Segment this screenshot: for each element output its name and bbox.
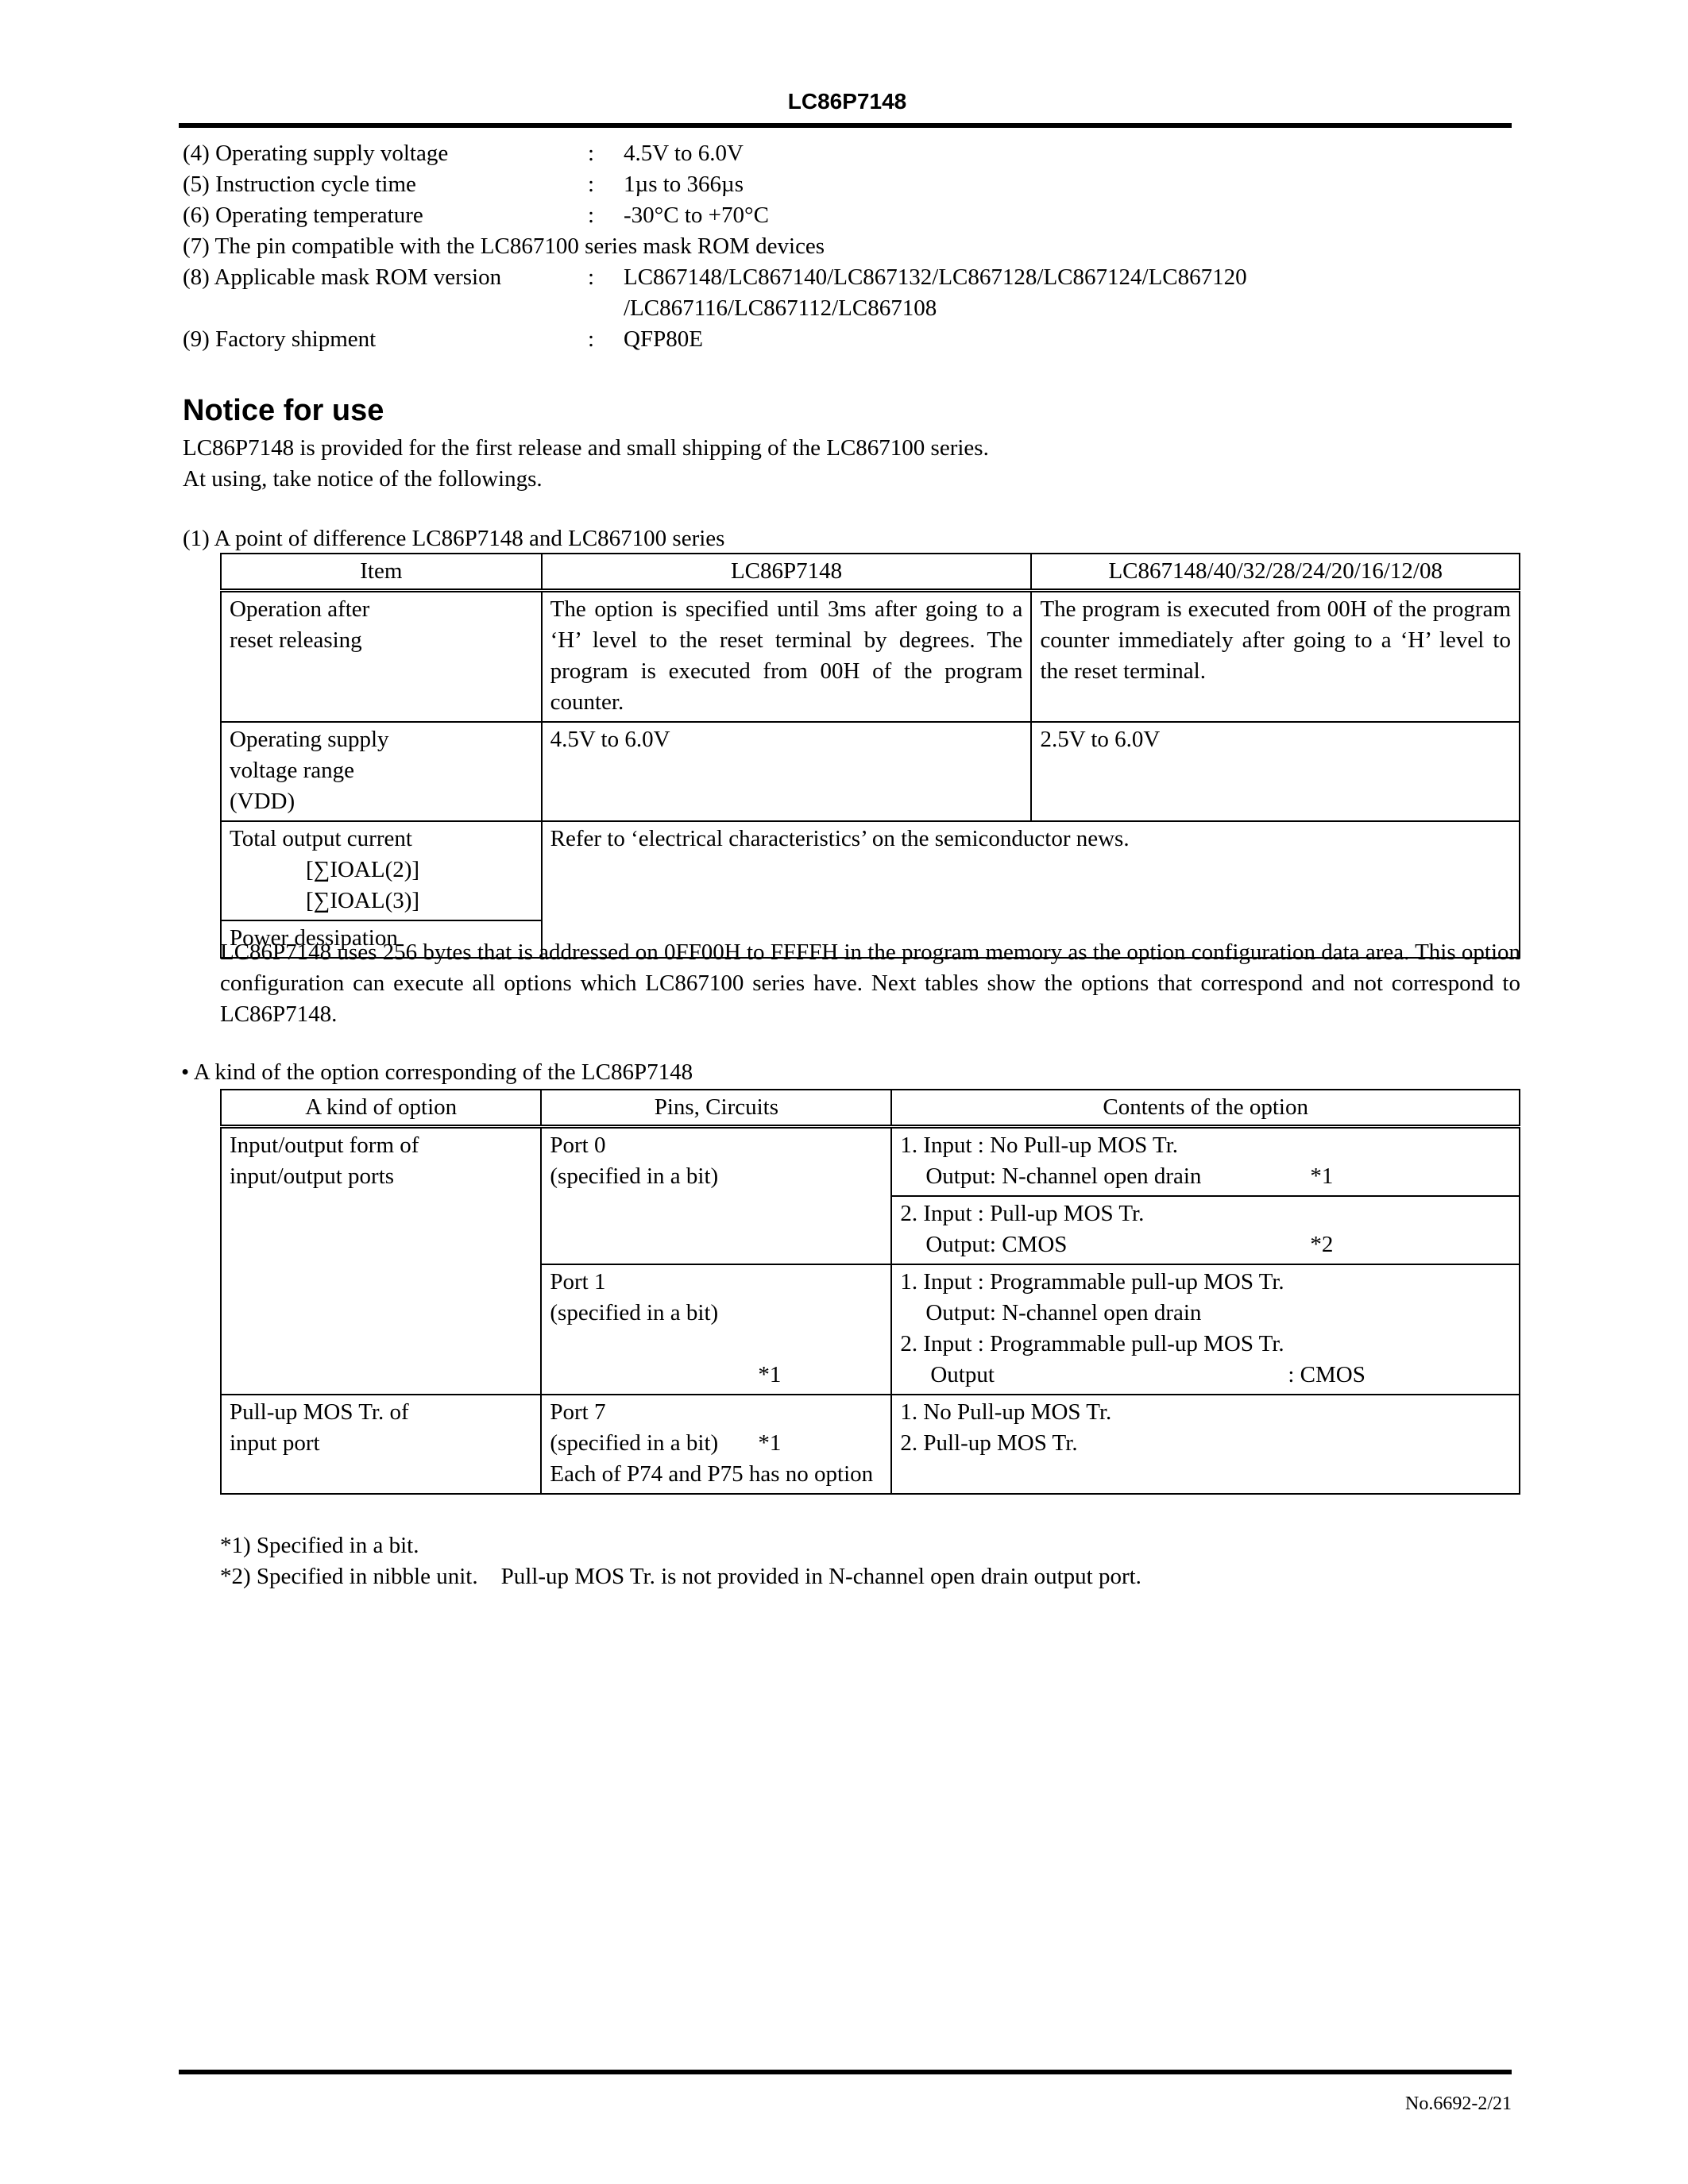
option-line: 1. No Pull-up MOS Tr. [900, 1397, 1511, 1428]
cell-kind: Pull-up MOS Tr. of input port [221, 1395, 541, 1494]
column-header: Contents of the option [891, 1090, 1520, 1127]
option-line: 1. Input : Programmable pull-up MOS Tr. [900, 1267, 1511, 1298]
footnote-mark: *1 [1310, 1163, 1333, 1189]
pin-note: (specified in a bit) [550, 1161, 883, 1192]
option-line: Output: N-channel open drain*1 [900, 1161, 1511, 1192]
table-row: Operation after reset releasing The opti… [221, 591, 1520, 723]
cell-pin: Port 7 (specified in a bit)*1 Each of P7… [541, 1395, 891, 1494]
spec-colon: : [588, 138, 594, 169]
cell-kind: Input/output form of input/output ports [221, 1127, 541, 1395]
cell-series: 2.5V to 6.0V [1031, 722, 1520, 821]
footer-rule [179, 2070, 1512, 2074]
spec-label: (4) Operating supply voltage [183, 138, 448, 169]
item-subtext: [∑IOAL(2)] [230, 855, 533, 886]
spec-label: (5) Instruction cycle time [183, 169, 416, 200]
spec-label: (9) Factory shipment [183, 324, 376, 355]
pin-name: Port 7 [550, 1397, 883, 1428]
table-header-row: A kind of option Pins, Circuits Contents… [221, 1090, 1520, 1127]
page-number: No.6692-2/21 [1405, 2093, 1512, 2115]
spec-colon: : [588, 200, 594, 231]
option-line: 2. Input : Programmable pull-up MOS Tr. [900, 1329, 1511, 1360]
spec-value-continued: /LC867116/LC867112/LC867108 [624, 293, 937, 324]
footnote-mark: *2 [1310, 1232, 1333, 1257]
kind-text: Input/output form of input/output ports [230, 1130, 444, 1192]
option-line: 1. Input : No Pull-up MOS Tr. [900, 1130, 1511, 1161]
table-header-row: Item LC86P7148 LC867148/40/32/28/24/20/1… [221, 554, 1520, 591]
kind-text: Pull-up MOS Tr. of input port [230, 1397, 436, 1459]
footnote-mark: *1 [550, 1360, 883, 1391]
footnote-mark: *1 [758, 1430, 781, 1456]
cell-option: 1. Input : No Pull-up MOS Tr. Output: N-… [891, 1127, 1520, 1197]
cell-item: Operation after reset releasing [221, 591, 542, 723]
table-caption: • A kind of the option corresponding of … [181, 1057, 693, 1088]
spec-value: 4.5V to 6.0V [624, 138, 744, 169]
option-line: Output: CMOS [900, 1360, 1511, 1391]
table-row: Input/output form of input/output ports … [221, 1127, 1520, 1197]
notice-text: LC86P7148 is provided for the first rele… [183, 433, 989, 464]
spec-colon: : [588, 169, 594, 200]
item-text: Operating supply voltage range (VDD) [230, 724, 420, 817]
cell-item: Operating supply voltage range (VDD) [221, 722, 542, 821]
pin-note: (specified in a bit) [550, 1298, 883, 1329]
column-header: LC86P7148 [542, 554, 1032, 591]
cell-option: 1. No Pull-up MOS Tr. 2. Pull-up MOS Tr. [891, 1395, 1520, 1494]
spec-value: QFP80E [624, 324, 703, 355]
spec-label: (8) Applicable mask ROM version [183, 262, 501, 293]
options-table: A kind of option Pins, Circuits Contents… [220, 1089, 1520, 1495]
difference-table: Item LC86P7148 LC867148/40/32/28/24/20/1… [220, 553, 1520, 959]
cell-option: 1. Input : Programmable pull-up MOS Tr. … [891, 1264, 1520, 1395]
spec-value: 1µs to 366µs [624, 169, 744, 200]
notice-text: At using, take notice of the followings. [183, 464, 543, 495]
table-caption: (1) A point of difference LC86P7148 and … [183, 523, 724, 554]
cell-item: Total output current [∑IOAL(2)] [∑IOAL(3… [221, 821, 542, 920]
pin-extra: Each of P74 and P75 has no option [550, 1459, 875, 1490]
footnote: *1) Specified in a bit. [220, 1530, 419, 1561]
option-text: Output: CMOS [925, 1229, 1310, 1260]
option-line: 2. Pull-up MOS Tr. [900, 1428, 1511, 1459]
section-heading: Notice for use [183, 392, 384, 429]
spec-colon: : [588, 262, 594, 293]
option-text: Output: N-channel open drain [925, 1161, 1310, 1192]
pin-name: Port 1 [550, 1267, 883, 1298]
cell-p7148: 4.5V to 6.0V [542, 722, 1032, 821]
cell-pin: Port 0 (specified in a bit) [541, 1127, 891, 1265]
table-row: Operating supply voltage range (VDD) 4.5… [221, 722, 1520, 821]
spacer [550, 1329, 883, 1360]
pin-name: Port 0 [550, 1130, 883, 1161]
footnote: *2) Specified in nibble unit. Pull-up MO… [220, 1561, 1141, 1592]
page-title: LC86P7148 [0, 89, 1688, 114]
cell-option: 2. Input : Pull-up MOS Tr. Output: CMOS*… [891, 1196, 1520, 1264]
item-text: Total output current [230, 824, 533, 855]
option-paragraph: LC86P7148 uses 256 bytes that is address… [220, 937, 1520, 1030]
column-header: A kind of option [221, 1090, 541, 1127]
header-rule [179, 123, 1512, 128]
item-subtext: [∑IOAL(3)] [230, 886, 533, 916]
table-row: Total output current [∑IOAL(2)] [∑IOAL(3… [221, 821, 1520, 920]
table-row: Pull-up MOS Tr. of input port Port 7 (sp… [221, 1395, 1520, 1494]
column-header: LC867148/40/32/28/24/20/16/12/08 [1031, 554, 1520, 591]
option-line: Output: CMOS*2 [900, 1229, 1511, 1260]
column-header: Pins, Circuits [541, 1090, 891, 1127]
spec-label: (7) The pin compatible with the LC867100… [183, 231, 825, 262]
doc-part-number: LC86P7148 [788, 89, 906, 114]
item-text: Operation after reset releasing [230, 594, 404, 656]
spec-label: (6) Operating temperature [183, 200, 423, 231]
pin-note: (specified in a bit) [550, 1428, 758, 1459]
spec-value: LC867148/LC867140/LC867132/LC867128/LC86… [624, 262, 1247, 293]
spec-value: -30°C to +70°C [624, 200, 769, 231]
spec-colon: : [588, 324, 594, 355]
cell-pin: Port 1 (specified in a bit) *1 [541, 1264, 891, 1395]
cell-series: The program is executed from 00H of the … [1031, 591, 1520, 723]
option-line: Output: N-channel open drain [900, 1298, 1511, 1329]
option-line: 2. Input : Pull-up MOS Tr. [900, 1198, 1511, 1229]
pin-note-line: (specified in a bit)*1 [550, 1428, 883, 1459]
option-text: Output [930, 1360, 1288, 1391]
cell-p7148: The option is specified until 3ms after … [542, 591, 1032, 723]
column-header: Item [221, 554, 542, 591]
option-text: : CMOS [1288, 1362, 1365, 1387]
